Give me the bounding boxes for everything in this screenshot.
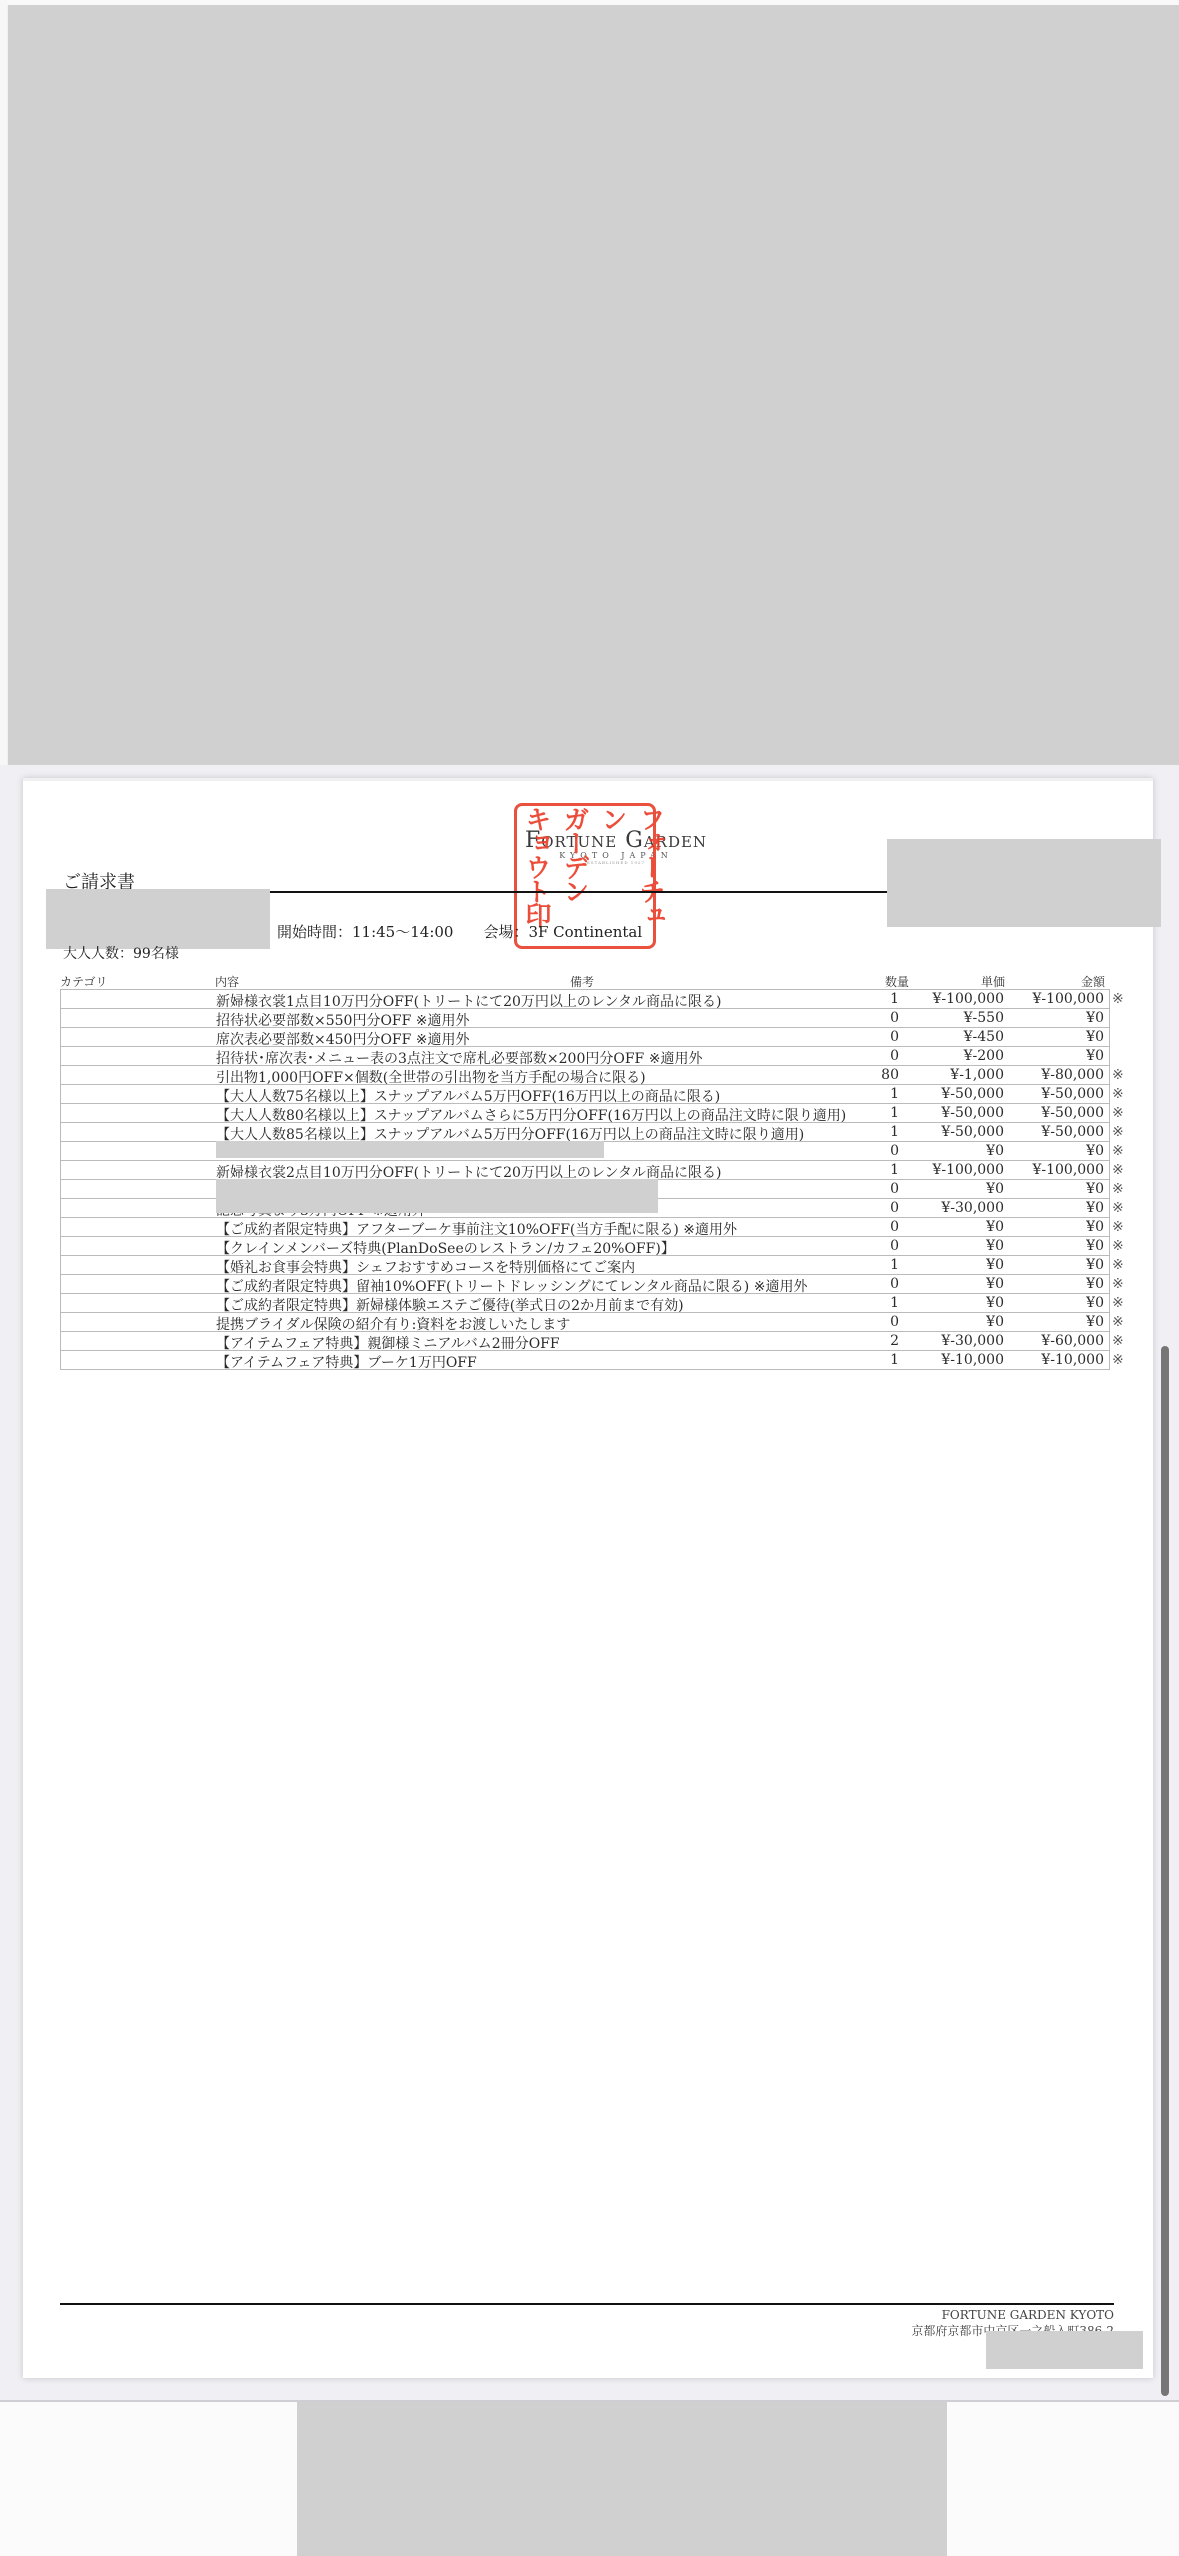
table-row: 【大人人数80名様以上】スナップアルバムさらに5万円分OFF(16万円以上の商品… [60, 1104, 1110, 1123]
footer-divider [60, 2303, 1114, 2305]
row-qty: 0 [890, 1181, 899, 1197]
row-amount: ¥0 [1086, 1200, 1104, 1216]
row-qty: 0 [890, 1010, 899, 1026]
row-amount: ¥0 [1086, 1181, 1104, 1197]
table-row: 席次表必要部数×450円分OFF ※適用外0¥-450¥0 [60, 1028, 1110, 1047]
row-note-mark: ※ [1112, 1276, 1124, 1292]
row-unit-price: ¥-10,000 [941, 1352, 1004, 1368]
row-content: 【ご成約者限定特典】新婦様体験エステご優待(挙式日の2か月前まで有効) [216, 1295, 684, 1315]
redacted-row-content [216, 1179, 658, 1213]
row-unit-price: ¥-50,000 [941, 1124, 1004, 1140]
redacted-row-content [216, 1141, 604, 1158]
row-content: 【大人人数75名様以上】スナップアルバム5万円OFF(16万円以上の商品に限る) [216, 1086, 720, 1106]
row-amount: ¥-100,000 [1032, 1162, 1104, 1178]
row-qty: 1 [890, 1257, 899, 1273]
row-unit-price: ¥-450 [964, 1029, 1004, 1045]
row-unit-price: ¥-50,000 [941, 1086, 1004, 1102]
top-edge [0, 0, 7, 765]
row-unit-price: ¥0 [986, 1238, 1004, 1254]
row-amount: ¥0 [1086, 1048, 1104, 1064]
row-amount: ¥-100,000 [1032, 991, 1104, 1007]
row-unit-price: ¥-200 [964, 1048, 1004, 1064]
row-note-mark: ※ [1112, 1067, 1124, 1083]
redacted-customer-info [46, 889, 270, 949]
row-content: 招待状必要部数×550円分OFF ※適用外 [216, 1010, 470, 1030]
row-amount: ¥0 [1086, 1314, 1104, 1330]
row-content: 新婦様衣裳1点目10万円分OFF(トリートにて20万円以上のレンタル商品に限る) [216, 991, 721, 1011]
row-amount: ¥-50,000 [1041, 1086, 1104, 1102]
row-note-mark: ※ [1112, 1333, 1124, 1349]
table-row: 招待状必要部数×550円分OFF ※適用外0¥-550¥0 [60, 1009, 1110, 1028]
footer-company: FORTUNE GARDEN KYOTO [942, 2308, 1114, 2322]
row-qty: 1 [890, 1086, 899, 1102]
row-amount: ¥-50,000 [1041, 1124, 1104, 1140]
row-amount: ¥-50,000 [1041, 1105, 1104, 1121]
row-qty: 80 [881, 1067, 899, 1083]
row-note-mark: ※ [1112, 1352, 1124, 1368]
table-row: 新婦様衣裳2点目10万円分OFF(トリートにて20万円以上のレンタル商品に限る)… [60, 1161, 1110, 1180]
redacted-footer-contact [986, 2331, 1143, 2369]
table-header: カテゴリ 内容 備考 数量 単価 金額 [60, 973, 1132, 989]
invoice-table: カテゴリ 内容 備考 数量 単価 金額 新婦様衣裳1点目10万円分OFF(トリー… [60, 973, 1132, 1370]
row-amount: ¥0 [1086, 1257, 1104, 1273]
table-row: 【ご成約者限定特典】アフターブーケ事前注文10%OFF(当方手配に限る) ※適用… [60, 1218, 1110, 1237]
row-unit-price: ¥-30,000 [941, 1333, 1004, 1349]
row-note-mark: ※ [1112, 1181, 1124, 1197]
row-unit-price: ¥0 [986, 1219, 1004, 1235]
row-qty: 0 [890, 1276, 899, 1292]
row-note-mark: ※ [1112, 1295, 1124, 1311]
row-note-mark: ※ [1112, 1257, 1124, 1273]
row-note-mark: ※ [1112, 991, 1124, 1007]
row-amount: ¥0 [1086, 1219, 1104, 1235]
header-content: 内容 [215, 973, 239, 990]
row-content: 招待状･席次表･メニュー表の3点注文で席札必要部数×200円分OFF ※適用外 [216, 1048, 702, 1068]
redacted-top-area [8, 5, 1179, 765]
row-unit-price: ¥-30,000 [941, 1200, 1004, 1216]
row-note-mark: ※ [1112, 1124, 1124, 1140]
table-row: 【ご成約者限定特典】新婦様体験エステご優待(挙式日の2か月前まで有効)1¥0¥0… [60, 1294, 1110, 1313]
redacted-bottom-area [297, 2402, 947, 2556]
row-unit-price: ¥-550 [964, 1010, 1004, 1026]
row-qty: 0 [890, 1219, 899, 1235]
row-content: 提携ブライダル保険の紹介有り:資料をお渡しいたします [216, 1314, 570, 1334]
scrollbar-thumb[interactable] [1161, 1346, 1169, 2396]
header-qty: 数量 [885, 973, 909, 990]
row-content: 【大人人数80名様以上】スナップアルバムさらに5万円分OFF(16万円以上の商品… [216, 1105, 846, 1125]
row-qty: 0 [890, 1238, 899, 1254]
table-row: 新婦様衣裳1点目10万円分OFF(トリートにて20万円以上のレンタル商品に限る)… [60, 989, 1110, 1009]
row-amount: ¥0 [1086, 1295, 1104, 1311]
table-row: 【大人人数85名様以上】スナップアルバム5万円分OFF(16万円以上の商品注文時… [60, 1123, 1110, 1142]
row-amount: ¥-80,000 [1041, 1067, 1104, 1083]
row-unit-price: ¥-100,000 [932, 1162, 1004, 1178]
row-qty: 1 [890, 1352, 899, 1368]
row-unit-price: ¥0 [986, 1314, 1004, 1330]
row-unit-price: ¥-100,000 [932, 991, 1004, 1007]
row-content: 席次表必要部数×450円分OFF ※適用外 [216, 1029, 470, 1049]
row-content: 【ご成約者限定特典】アフターブーケ事前注文10%OFF(当方手配に限る) ※適用… [216, 1219, 737, 1239]
row-unit-price: ¥0 [986, 1295, 1004, 1311]
table-row: 【アイテムフェア特典】ブーケ1万円OFF1¥-10,000¥-10,000※ [60, 1351, 1110, 1370]
table-row: 【大人人数75名様以上】スナップアルバム5万円OFF(16万円以上の商品に限る)… [60, 1085, 1110, 1104]
row-content: 【クレインメンバーズ特典(PlanDoSeeのレストラン/カフェ20%OFF)】 [216, 1238, 675, 1258]
row-note-mark: ※ [1112, 1105, 1124, 1121]
row-qty: 1 [890, 1124, 899, 1140]
table-row: 【クレインメンバーズ特典(PlanDoSeeのレストラン/カフェ20%OFF)】… [60, 1237, 1110, 1256]
row-amount: ¥0 [1086, 1029, 1104, 1045]
row-note-mark: ※ [1112, 1143, 1124, 1159]
guest-count: 大人人数：99名様 [63, 943, 179, 963]
header-category: カテゴリ [60, 973, 108, 990]
row-content: 【ご成約者限定特典】留袖10%OFF(トリートドレッシングにてレンタル商品に限る… [216, 1276, 807, 1296]
row-content: 引出物1,000円OFF×個数(全世帯の引出物を当方手配の場合に限る) [216, 1067, 646, 1087]
row-content: 【アイテムフェア特典】親御様ミニアルバム2冊分OFF [216, 1333, 560, 1353]
row-unit-price: ¥-50,000 [941, 1105, 1004, 1121]
table-row: 提携ブライダル保険の紹介有り:資料をお渡しいたします0¥0¥0※ [60, 1313, 1110, 1332]
row-qty: 1 [890, 991, 899, 1007]
row-amount: ¥0 [1086, 1143, 1104, 1159]
row-qty: 1 [890, 1295, 899, 1311]
row-amount: ¥0 [1086, 1238, 1104, 1254]
header-divider [269, 891, 889, 893]
row-qty: 0 [890, 1314, 899, 1330]
row-amount: ¥-60,000 [1041, 1333, 1104, 1349]
header-unit-price: 単価 [981, 973, 1005, 990]
row-qty: 2 [890, 1333, 899, 1349]
row-note-mark: ※ [1112, 1238, 1124, 1254]
row-note-mark: ※ [1112, 1200, 1124, 1216]
row-content: 【アイテムフェア特典】ブーケ1万円OFF [216, 1352, 477, 1372]
row-unit-price: ¥0 [986, 1143, 1004, 1159]
table-row: 招待状･席次表･メニュー表の3点注文で席札必要部数×200円分OFF ※適用外0… [60, 1047, 1110, 1066]
row-note-mark: ※ [1112, 1162, 1124, 1178]
table-row: 【婚礼お食事会特典】シェフおすすめコースを特別価格にてご案内1¥0¥0※ [60, 1256, 1110, 1275]
row-qty: 0 [890, 1200, 899, 1216]
table-row: 【アイテムフェア特典】親御様ミニアルバム2冊分OFF2¥-30,000¥-60,… [60, 1332, 1110, 1351]
row-qty: 0 [890, 1143, 899, 1159]
row-amount: ¥0 [1086, 1276, 1104, 1292]
table-body: 新婦様衣裳1点目10万円分OFF(トリートにて20万円以上のレンタル商品に限る)… [60, 989, 1132, 1370]
row-unit-price: ¥-1,000 [950, 1067, 1004, 1083]
row-qty: 0 [890, 1029, 899, 1045]
row-amount: ¥0 [1086, 1010, 1104, 1026]
redacted-header-right [887, 839, 1161, 927]
row-content: 【婚礼お食事会特典】シェフおすすめコースを特別価格にてご案内 [216, 1257, 635, 1277]
row-unit-price: ¥0 [986, 1257, 1004, 1273]
table-row: 0¥0¥0※ [60, 1180, 1110, 1199]
header-note: 備考 [570, 973, 594, 990]
table-row: 【ご成約者限定特典】留袖10%OFF(トリートドレッシングにてレンタル商品に限る… [60, 1275, 1110, 1294]
event-meta: 開始時間：11:45～14:00 会場：3F Continental [277, 921, 642, 942]
row-unit-price: ¥0 [986, 1276, 1004, 1292]
row-qty: 0 [890, 1048, 899, 1064]
table-row: 引出物1,000円OFF×個数(全世帯の引出物を当方手配の場合に限る)80¥-1… [60, 1066, 1110, 1085]
header-amount: 金額 [1081, 973, 1105, 990]
row-note-mark: ※ [1112, 1086, 1124, 1102]
row-qty: 1 [890, 1162, 899, 1178]
row-note-mark: ※ [1112, 1314, 1124, 1330]
row-note-mark: ※ [1112, 1219, 1124, 1235]
row-unit-price: ¥0 [986, 1181, 1004, 1197]
row-amount: ¥-10,000 [1041, 1352, 1104, 1368]
row-qty: 1 [890, 1105, 899, 1121]
invoice-page: Fortune Garden KYOTO JAPAN ESTABLISHED 1… [23, 778, 1153, 2378]
table-row: 0¥0¥0※ [60, 1142, 1110, 1161]
